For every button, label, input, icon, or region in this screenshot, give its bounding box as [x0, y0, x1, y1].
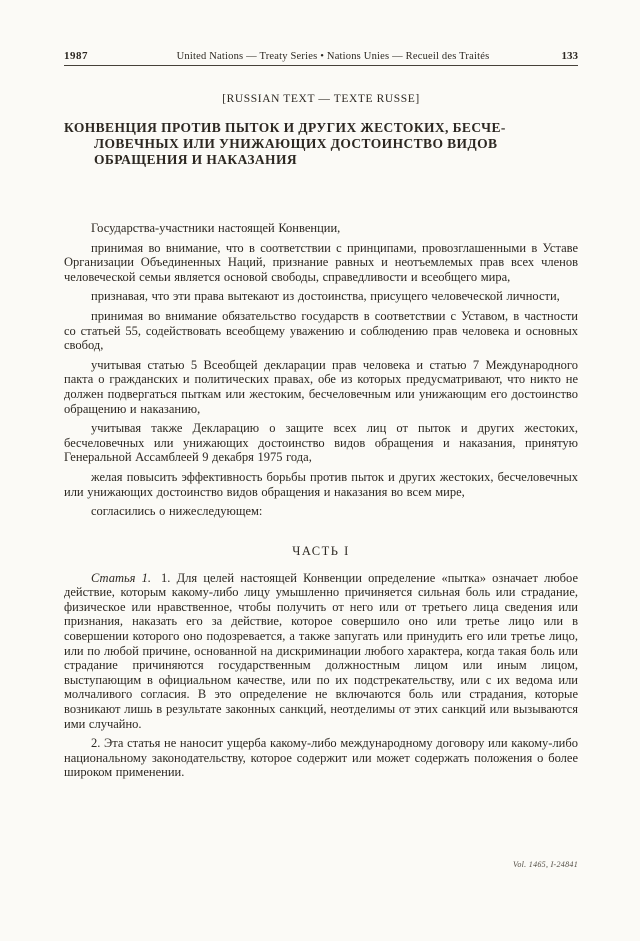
preamble-paragraph-8: согласились о нижеследующем:: [64, 504, 578, 519]
preamble-paragraph-3: признавая, что эти права вытекают из дос…: [64, 289, 578, 304]
article-1-paragraph-1-text: 1. Для целей настоящей Конвенции определ…: [64, 571, 578, 731]
article-1-paragraph-2: 2. Эта статья не наносит ущерба какому-л…: [64, 736, 578, 780]
page-header: 1987 United Nations — Treaty Series • Na…: [64, 50, 578, 66]
header-year: 1987: [64, 50, 134, 62]
preamble-paragraph-6: учитывая также Декларацию о защите всех …: [64, 421, 578, 465]
language-note: [RUSSIAN TEXT — TEXTE RUSSE]: [64, 93, 578, 105]
preamble-paragraph-1: Государства-участники настоящей Конвенци…: [64, 221, 578, 236]
document-page: 1987 United Nations — Treaty Series • Na…: [0, 0, 640, 941]
footer-volume-ref: Vol. 1465, I-24841: [513, 860, 578, 869]
title-line-3: ОБРАЩЕНИЯ И НАКАЗАНИЯ: [94, 152, 578, 168]
preamble-paragraph-2: принимая во внимание, что в соответствии…: [64, 241, 578, 285]
header-page-number: 133: [532, 50, 578, 62]
article-1-label: Статья 1.: [91, 571, 151, 585]
article-1-paragraph-1: Статья 1.1. Для целей настоящей Конвенци…: [64, 571, 578, 732]
document-title: КОНВЕНЦИЯ ПРОТИВ ПЫТОК И ДРУГИХ ЖЕСТОКИХ…: [64, 120, 578, 168]
part-heading: ЧАСТЬ I: [64, 544, 578, 559]
title-line-1: КОНВЕНЦИЯ ПРОТИВ ПЫТОК И ДРУГИХ ЖЕСТОКИХ…: [64, 120, 578, 136]
preamble-paragraph-5: учитывая статью 5 Всеобщей декларации пр…: [64, 358, 578, 416]
preamble-paragraph-4: принимая во внимание обязательство госуд…: [64, 309, 578, 353]
title-line-2: ЛОВЕЧНЫХ ИЛИ УНИЖАЮЩИХ ДОСТОИНСТВО ВИДОВ: [94, 136, 578, 152]
preamble-paragraph-7: желая повысить эффективность борьбы прот…: [64, 470, 578, 499]
scanned-text-area: 1987 United Nations — Treaty Series • Na…: [64, 0, 578, 785]
header-series-title: United Nations — Treaty Series • Nations…: [134, 51, 532, 62]
